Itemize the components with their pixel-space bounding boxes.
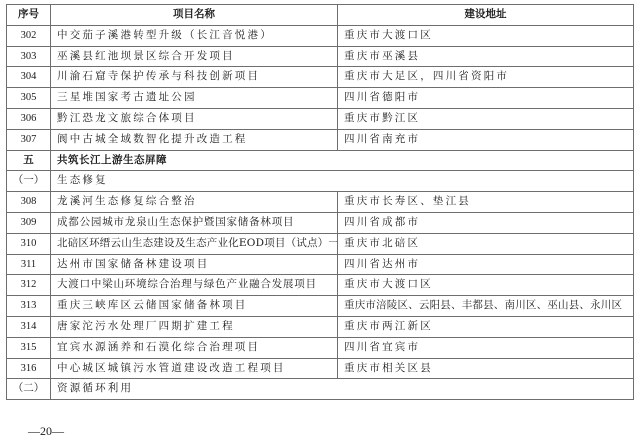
table-row: 306 黔江恐龙文旅综合体项目 重庆市黔江区 bbox=[7, 108, 634, 129]
table-row: 305 三星堆国家考古遗址公园 四川省德阳市 bbox=[7, 88, 634, 109]
table-row: 310 北碚区环缙云山生态建设及生态产业化EOD项目（试点）一期 重庆市北碚区 bbox=[7, 233, 634, 254]
row-project-name: 成都公园城市龙泉山生态保护暨国家储备林项目 bbox=[51, 212, 338, 233]
row-serial-number: 315 bbox=[7, 337, 51, 358]
row-project-name: 达州市国家储备林建设项目 bbox=[51, 254, 338, 275]
row-serial-number: 304 bbox=[7, 67, 51, 88]
row-address: 四川省达州市 bbox=[338, 254, 634, 275]
row-serial-number: 314 bbox=[7, 316, 51, 337]
subsection-row: （二） 资源循环利用 bbox=[7, 379, 634, 400]
row-project-name: 北碚区环缙云山生态建设及生态产业化EOD项目（试点）一期 bbox=[51, 233, 338, 254]
subsection-row: （一） 生态修复 bbox=[7, 171, 634, 192]
table-row: 316 中心城区城镇污水管道建设改造工程项目 重庆市相关区县 bbox=[7, 358, 634, 379]
row-serial-number: 311 bbox=[7, 254, 51, 275]
row-project-name: 川渝石窟寺保护传承与科技创新项目 bbox=[51, 67, 338, 88]
row-project-name: 巫溪县红池坝景区综合开发项目 bbox=[51, 46, 338, 67]
table-row: 302 中交茄子溪港转型升级（长江音悦港） 重庆市大渡口区 bbox=[7, 25, 634, 46]
subsection-title: 生态修复 bbox=[51, 171, 634, 192]
table-row: 311 达州市国家储备林建设项目 四川省达州市 bbox=[7, 254, 634, 275]
row-address: 四川省成都市 bbox=[338, 212, 634, 233]
table-row: 313 重庆三峡库区云储国家储备林项目 重庆市涪陵区、云阳县、丰都县、南川区、巫… bbox=[7, 296, 634, 317]
row-address: 重庆市大足区，四川省资阳市 bbox=[338, 67, 634, 88]
row-serial-number: 305 bbox=[7, 88, 51, 109]
row-address: 重庆市黔江区 bbox=[338, 108, 634, 129]
row-serial-number: 316 bbox=[7, 358, 51, 379]
row-project-name: 三星堆国家考古遗址公园 bbox=[51, 88, 338, 109]
row-address: 重庆市巫溪县 bbox=[338, 46, 634, 67]
section-title: 共筑长江上游生态屏障 bbox=[51, 150, 634, 171]
row-project-name: 唐家沱污水处理厂四期扩建工程 bbox=[51, 316, 338, 337]
row-address: 四川省南充市 bbox=[338, 129, 634, 150]
subsection-number: （二） bbox=[7, 379, 51, 400]
row-project-name: 中心城区城镇污水管道建设改造工程项目 bbox=[51, 358, 338, 379]
row-serial-number: 303 bbox=[7, 46, 51, 67]
row-project-name: 宜宾水源涵养和石漠化综合治理项目 bbox=[51, 337, 338, 358]
table-row: 304 川渝石窟寺保护传承与科技创新项目 重庆市大足区，四川省资阳市 bbox=[7, 67, 634, 88]
table-header-row: 序号 项目名称 建设地址 bbox=[7, 5, 634, 26]
header-project-name: 项目名称 bbox=[51, 5, 338, 26]
row-address: 重庆市北碚区 bbox=[338, 233, 634, 254]
row-project-name: 阆中古城全域数智化提升改造工程 bbox=[51, 129, 338, 150]
row-address: 重庆市大渡口区 bbox=[338, 275, 634, 296]
row-serial-number: 302 bbox=[7, 25, 51, 46]
table-row: 308 龙溪河生态修复综合整治 重庆市长寿区、垫江县 bbox=[7, 192, 634, 213]
row-address: 重庆市相关区县 bbox=[338, 358, 634, 379]
table-row: 303 巫溪县红池坝景区综合开发项目 重庆市巫溪县 bbox=[7, 46, 634, 67]
project-table: 序号 项目名称 建设地址 302 中交茄子溪港转型升级（长江音悦港） 重庆市大渡… bbox=[6, 4, 634, 400]
section-row: 五 共筑长江上游生态屏障 bbox=[7, 150, 634, 171]
header-construction-address: 建设地址 bbox=[338, 5, 634, 26]
row-address: 重庆市涪陵区、云阳县、丰都县、南川区、巫山县、永川区 bbox=[338, 296, 634, 317]
subsection-number: （一） bbox=[7, 171, 51, 192]
row-serial-number: 312 bbox=[7, 275, 51, 296]
row-serial-number: 306 bbox=[7, 108, 51, 129]
row-serial-number: 313 bbox=[7, 296, 51, 317]
row-project-name: 黔江恐龙文旅综合体项目 bbox=[51, 108, 338, 129]
page-number: —20— bbox=[28, 424, 64, 439]
table-row: 315 宜宾水源涵养和石漠化综合治理项目 四川省宜宾市 bbox=[7, 337, 634, 358]
row-address: 重庆市长寿区、垫江县 bbox=[338, 192, 634, 213]
row-serial-number: 309 bbox=[7, 212, 51, 233]
table-row: 307 阆中古城全域数智化提升改造工程 四川省南充市 bbox=[7, 129, 634, 150]
row-project-name: 龙溪河生态修复综合整治 bbox=[51, 192, 338, 213]
header-serial-number: 序号 bbox=[7, 5, 51, 26]
table-row: 309 成都公园城市龙泉山生态保护暨国家储备林项目 四川省成都市 bbox=[7, 212, 634, 233]
row-project-name: 中交茄子溪港转型升级（长江音悦港） bbox=[51, 25, 338, 46]
row-serial-number: 310 bbox=[7, 233, 51, 254]
row-serial-number: 307 bbox=[7, 129, 51, 150]
row-address: 重庆市大渡口区 bbox=[338, 25, 634, 46]
row-address: 重庆市两江新区 bbox=[338, 316, 634, 337]
row-project-name: 大渡口中梁山环境综合治理与绿色产业融合发展项目 bbox=[51, 275, 338, 296]
row-serial-number: 308 bbox=[7, 192, 51, 213]
section-number: 五 bbox=[7, 150, 51, 171]
row-project-name: 重庆三峡库区云储国家储备林项目 bbox=[51, 296, 338, 317]
row-address: 四川省宜宾市 bbox=[338, 337, 634, 358]
row-address: 四川省德阳市 bbox=[338, 88, 634, 109]
table-row: 314 唐家沱污水处理厂四期扩建工程 重庆市两江新区 bbox=[7, 316, 634, 337]
subsection-title: 资源循环利用 bbox=[51, 379, 634, 400]
table-row: 312 大渡口中梁山环境综合治理与绿色产业融合发展项目 重庆市大渡口区 bbox=[7, 275, 634, 296]
